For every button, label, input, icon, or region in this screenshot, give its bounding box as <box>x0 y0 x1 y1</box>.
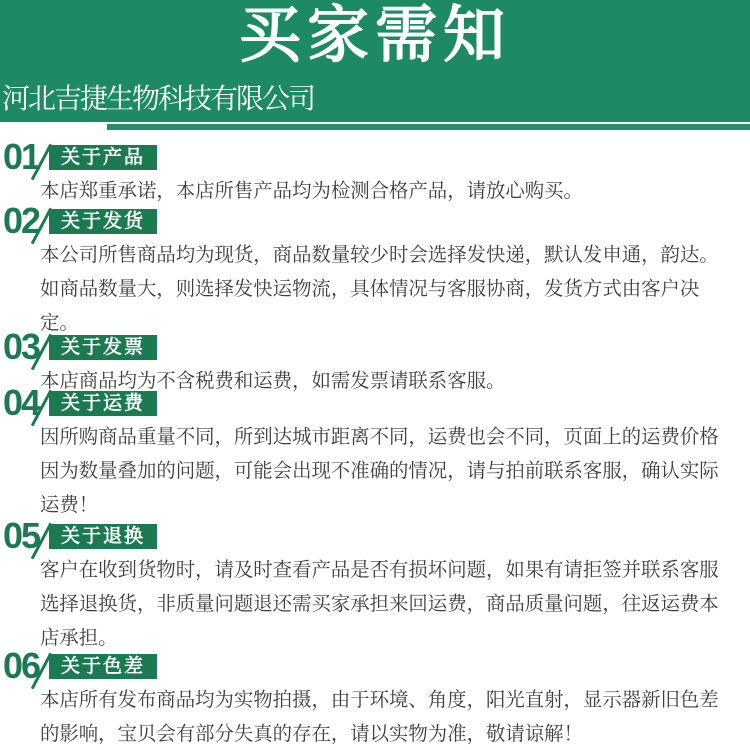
section-number: 04 <box>3 388 49 418</box>
body-line: 的影响，宝贝会有部分失真的存在，请以实物为准，敬请谅解！ <box>40 718 730 750</box>
section-shipping-body: 本公司所售商品均为现货，商品数量较少时会选择发快递，默认发申通，韵达。 如商品数… <box>40 239 730 341</box>
section-color-difference-body: 本店所有发布商品均为实物拍摄，由于环境、角度，阳光直射，显示器新旧色差 的影响，… <box>40 684 730 750</box>
section-returns-body: 客户在收到货物时，请及时查看产品是否有损坏问题，如果有请拒签并联系客服 选择退换… <box>40 554 730 656</box>
section-shipping-header: 02 关于发货 <box>0 206 750 236</box>
body-line: 因为数量叠加的问题，可能会出现不准确的情况，请与拍前联系客服，确认实际 <box>40 455 730 489</box>
page-title: 买家需知 <box>0 2 750 70</box>
body-line: 选择退换货，非质量问题退还需买家承担来回运费，商品质量问题，往返运费本 <box>40 588 730 622</box>
section-number: 03 <box>3 332 49 362</box>
body-line: 本公司所售商品均为现货，商品数量较少时会选择发快递，默认发申通，韵达。 <box>40 239 730 273</box>
section-shipping: 02 关于发货 本公司所售商品均为现货，商品数量较少时会选择发快递，默认发申通，… <box>0 206 750 341</box>
body-line: 因所购商品重量不同，所到达城市距离不同，运费也会不同，页面上的运费价格 <box>40 421 730 455</box>
section-product-body: 本店郑重承诺，本店所售产品均为检测合格产品，请放心购买。 <box>40 175 730 209</box>
section-label-badge: 关于产品 <box>49 145 157 170</box>
header-banner: 买家需知 河北吉捷生物科技有限公司 <box>0 0 750 122</box>
body-line: 本店所有发布商品均为实物拍摄，由于环境、角度，阳光直射，显示器新旧色差 <box>40 684 730 718</box>
banner-underline <box>107 124 750 130</box>
body-line: 本店郑重承诺，本店所售产品均为检测合格产品，请放心购买。 <box>40 175 730 209</box>
section-label-badge: 关于发货 <box>49 209 157 234</box>
section-number: 06 <box>3 651 49 681</box>
section-product-header: 01 关于产品 <box>0 142 750 172</box>
section-label-badge: 关于运费 <box>49 391 157 416</box>
body-line: 如商品数量大，则选择发快运物流，具体情况与客服协商，发货方式由客户决 <box>40 273 730 307</box>
body-line: 运费！ <box>40 489 730 523</box>
section-returns: 05 关于退换 客户在收到货物时，请及时查看产品是否有损坏问题，如果有请拒签并联… <box>0 521 750 656</box>
section-number: 02 <box>3 206 49 236</box>
section-label-badge: 关于退换 <box>49 524 157 549</box>
section-label-badge: 关于色差 <box>49 654 157 679</box>
section-number: 05 <box>3 521 49 551</box>
section-returns-header: 05 关于退换 <box>0 521 750 551</box>
section-color-difference-header: 06 关于色差 <box>0 651 750 681</box>
section-freight: 04 关于运费 因所购商品重量不同，所到达城市距离不同，运费也会不同，页面上的运… <box>0 388 750 523</box>
section-label-badge: 关于发票 <box>49 335 157 360</box>
section-color-difference: 06 关于色差 本店所有发布商品均为实物拍摄，由于环境、角度，阳光直射，显示器新… <box>0 651 750 750</box>
section-invoice-header: 03 关于发票 <box>0 332 750 362</box>
company-name: 河北吉捷生物科技有限公司 <box>2 82 314 118</box>
section-number: 01 <box>3 142 49 172</box>
section-product: 01 关于产品 本店郑重承诺，本店所售产品均为检测合格产品，请放心购买。 <box>0 142 750 209</box>
body-line: 客户在收到货物时，请及时查看产品是否有损坏问题，如果有请拒签并联系客服 <box>40 554 730 588</box>
section-freight-header: 04 关于运费 <box>0 388 750 418</box>
section-freight-body: 因所购商品重量不同，所到达城市距离不同，运费也会不同，页面上的运费价格 因为数量… <box>40 421 730 523</box>
buyer-notice-page: 买家需知 河北吉捷生物科技有限公司 01 关于产品 本店郑重承诺，本店所售产品均… <box>0 0 750 750</box>
